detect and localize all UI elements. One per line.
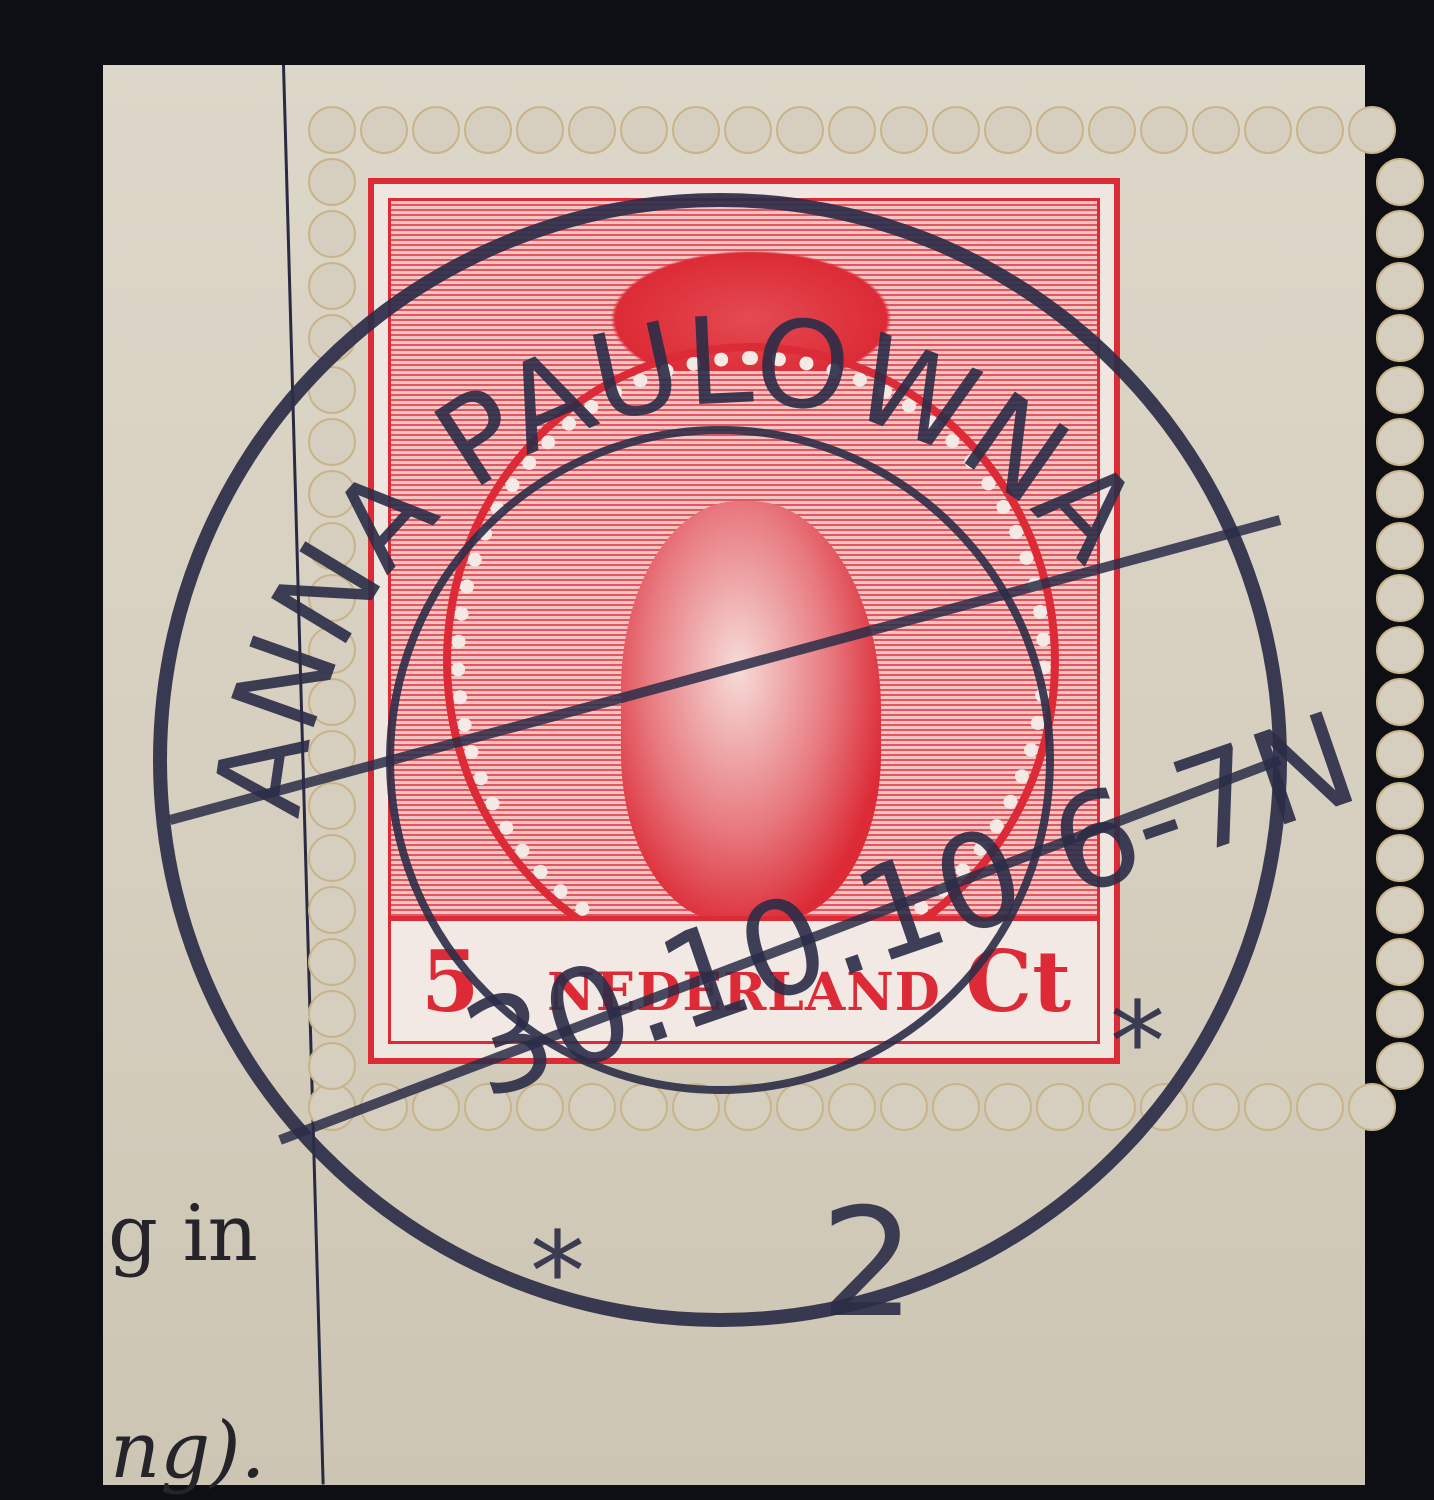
postmark-date: 30.10.10 6-7N	[446, 682, 1375, 1128]
postmark-star-left: *	[530, 1208, 585, 1336]
svg-text:ANNA PAULOWNA: ANNA PAULOWNA	[189, 291, 1165, 824]
postmark-number: 2	[820, 1177, 915, 1351]
stamp-photo: g in ng). 5 NEDERLAND Ct ANNA PAULOWNA 3…	[0, 0, 1434, 1500]
postmark-star-right: *	[1110, 978, 1165, 1106]
postmark-cancellation: ANNA PAULOWNA 30.10.10 6-7N * * 2	[0, 0, 1434, 1500]
postmark-town: ANNA PAULOWNA	[189, 291, 1165, 824]
